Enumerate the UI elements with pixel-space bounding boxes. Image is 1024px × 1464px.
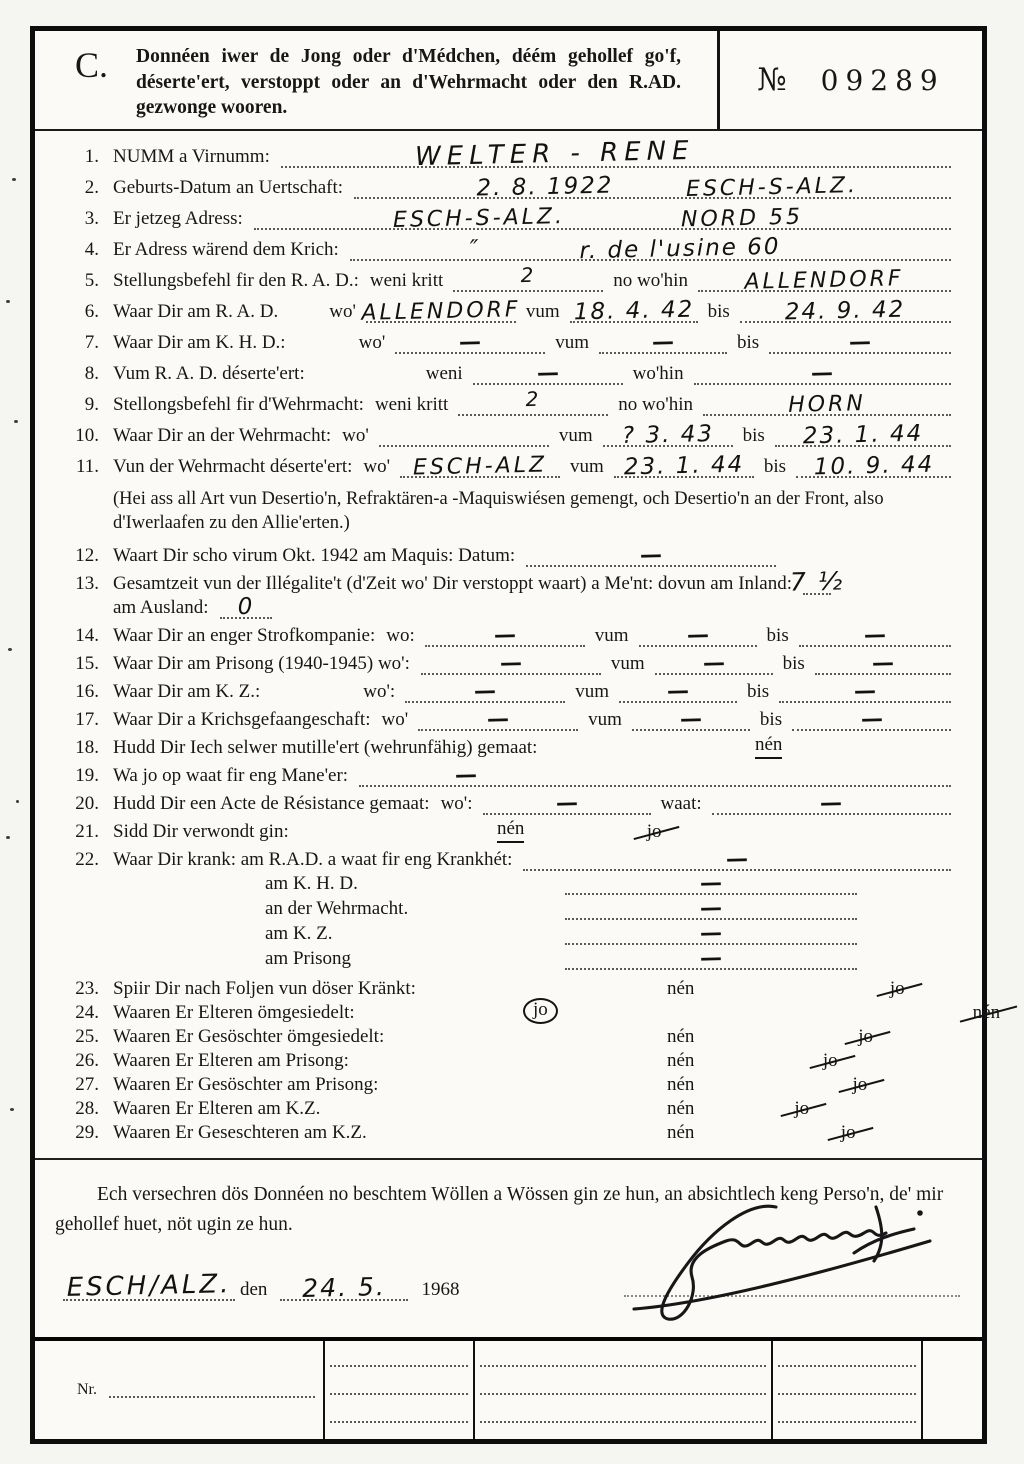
sub-label: am K. Z. [265, 923, 565, 945]
field-label-vum: vum [554, 425, 598, 447]
handwritten-date-to: 10. 9. 44 [813, 452, 934, 481]
dotted-line: — [639, 629, 757, 647]
dotted-line [330, 1365, 468, 1367]
form-row-13: 13. Gesamtzeit vun der Illégalite't (d'Z… [55, 573, 956, 595]
field-label-vum: vum [583, 709, 627, 731]
sub-label: am K. H. D. [265, 873, 565, 895]
sub-label: am Prisong [265, 948, 565, 970]
item-label: Hudd Dir Iech selwer mutille'ert (wehrun… [113, 737, 543, 759]
field-label-bis: bis [738, 425, 770, 447]
scan-speckle [10, 1108, 14, 1111]
handwritten-war-address: r. de l'usine 60 [580, 234, 782, 265]
form-row-8: 8. Vum R. A. D. déserte'ert: weni — wo'h… [55, 363, 956, 385]
item-label: Waar Dir an der Wehrmacht: [113, 425, 337, 447]
jo-option-crossed: jo [852, 1074, 867, 1096]
jo-option-crossed: jo [858, 1026, 873, 1048]
dotted-line [480, 1393, 766, 1395]
handwritten-dash: — [872, 651, 895, 676]
item-label: Waar Dir am K. H. D.: [113, 332, 292, 354]
handwritten-dash: — [640, 543, 663, 568]
form-row-16: 16. Waar Dir am K. Z.: wo': — vum — bis … [55, 681, 956, 703]
handwritten-months-inland: 7 ½ [790, 567, 845, 597]
handwritten-count: 2 [526, 387, 541, 411]
field-label-vum: vum [590, 625, 634, 647]
dotted-line: 2 [458, 398, 608, 416]
dotted-line: — [483, 797, 651, 815]
form-header: C. Donnéen iwer de Jong oder d'Médchen, … [35, 31, 982, 131]
footer-cell-5 [921, 1341, 982, 1439]
handwritten-dash: — [700, 946, 723, 971]
form-row-1: 1. NUMM a Virnumm: WELTER - RENE [55, 146, 956, 168]
form-row-9: 9. Stellongsbefehl fir d'Wehrmacht: weni… [55, 394, 956, 416]
jo-option-crossed: jo [841, 1122, 856, 1144]
item-label: Waar Dir am Prisong (1940-1945) wo': [113, 653, 416, 675]
handwritten-date: 24. 5. [302, 1272, 386, 1303]
form-row-27: 27. Waaren Er Gesöschter am Prisong: jo … [55, 1074, 956, 1096]
dotted-line: — [815, 657, 951, 675]
dotted-line [330, 1393, 468, 1395]
item-label: Waaren Er Gesöschter ömgesiedelt: [113, 1026, 390, 1048]
field-label-wo: wo' [358, 456, 395, 478]
handwritten-dash: — [849, 330, 872, 355]
item-label: Sidd Dir verwondt gin: [113, 821, 295, 843]
handwritten-dash: — [493, 623, 516, 648]
field-label-vum: vum [606, 653, 650, 675]
form-row-2: 2. Geburts-Datum an Uertschaft: 2. 8. 19… [55, 177, 956, 199]
dotted-line: — [565, 878, 857, 895]
handwritten-dash: — [864, 623, 887, 648]
dotted-line: 0 [220, 601, 272, 619]
form-row-11: 11. Vun der Wehrmacht déserte'ert: wo' E… [55, 456, 956, 478]
item-number: 17. [55, 709, 113, 731]
item-label: Waar Dir krank: am R.A.D. a waat fir eng… [113, 849, 518, 871]
item-label: Vum R. A. D. déserte'ert: [113, 363, 311, 385]
dotted-line: — [632, 713, 750, 731]
handwritten-date-to: 23. 1. 44 [802, 421, 923, 450]
handwritten-dash: — [686, 623, 709, 648]
place-dotted-line: ESCH/ALZ. [63, 1283, 235, 1301]
item-number: 4. [55, 239, 113, 261]
dotted-line: 24. 9. 42 [740, 305, 951, 323]
numero-sign: № [757, 62, 786, 98]
dotted-line: — [395, 336, 545, 354]
dotted-line [109, 1382, 315, 1398]
item-label: Stellungsbefehl fir den R. A. D.: [113, 270, 365, 292]
form-row-12: 12. Waart Dir scho virum Okt. 1942 am Ma… [55, 545, 956, 567]
scan-speckle [14, 420, 18, 423]
jo-option-circled: jo [523, 998, 558, 1024]
dotted-line: — [473, 367, 623, 385]
signature-block [624, 1191, 960, 1327]
serial-number-box: № 09289 [717, 31, 982, 129]
den-label: den [235, 1279, 272, 1301]
item-number: 28. [55, 1098, 113, 1120]
field-label-wo: wo': [358, 681, 400, 703]
form-row-22-sub-kz: am K. Z. — [265, 923, 956, 945]
handwritten-dash: — [700, 871, 723, 896]
item-label: Er Adress wärend dem Krich: [113, 239, 345, 261]
handwritten-dash: — [652, 330, 675, 355]
item-label: Wa jo op waat fir eng Mane'er: [113, 765, 354, 787]
item-number: 23. [55, 978, 113, 1000]
dotted-line: 2 [453, 274, 603, 292]
item-label: Stellongsbefehl fir d'Wehrmacht: [113, 394, 370, 416]
jo-option-crossed: jo [890, 978, 905, 1000]
item-number: 21. [55, 821, 113, 843]
footer-cell-4 [771, 1341, 921, 1439]
handwritten-birthplace: ESCH-S-ALZ. [686, 173, 859, 202]
dotted-line: ESCH-ALZ [400, 460, 560, 478]
scan-speckle [6, 836, 10, 839]
jo-option-crossed: jo [823, 1050, 838, 1072]
handwritten-dash: — [454, 763, 477, 788]
form-row-15: 15. Waar Dir am Prisong (1940-1945) wo':… [55, 653, 956, 675]
form-row-19: 19. Wa jo op waat fir eng Mane'er: — [55, 765, 956, 787]
dotted-line [778, 1393, 916, 1395]
dotted-line: — [421, 657, 601, 675]
item-label: NUMM a Virnumm: [113, 146, 276, 168]
item-label: Vun der Wehrmacht déserte'ert: [113, 456, 358, 478]
handwritten-dash: — [820, 791, 843, 816]
header-description: Donnéen iwer de Jong oder d'Médchen, déé… [136, 44, 681, 121]
handwritten-dash: — [860, 707, 883, 732]
field-label-wo: wo' [324, 301, 361, 323]
item-label: Waar Dir a Krichsgefaangeschaft: [113, 709, 376, 731]
dotted-line: — [565, 953, 857, 970]
dotted-line: — [425, 629, 585, 647]
dotted-line: 7 ½ [803, 577, 831, 595]
handwritten-dash: — [536, 361, 559, 386]
item-number: 10. [55, 425, 113, 447]
item-number: 13. [55, 573, 113, 595]
year-label: 1968 [416, 1279, 464, 1301]
form-row-29: 29. Waaren Er Geseschteren am K.Z. jo né… [55, 1122, 956, 1144]
form-items: 1. NUMM a Virnumm: WELTER - RENE 2. Gebu… [35, 131, 982, 1144]
scan-speckle [12, 178, 16, 181]
item-number: 5. [55, 270, 113, 292]
jo-option-crossed: jo [794, 1098, 809, 1120]
handwritten-dash: — [459, 330, 482, 355]
field-label-wohin: wo'hin [628, 363, 689, 385]
handwritten-dash: — [811, 361, 834, 386]
nr-label: Nr. [77, 1381, 97, 1399]
item-number: 24. [55, 1002, 113, 1024]
item-label-ausland: am Ausland: [113, 597, 215, 619]
nen-option: nén [667, 1122, 694, 1144]
footer-table: Nr. [35, 1337, 982, 1439]
field-label-bis: bis [762, 625, 794, 647]
dotted-line: ? 3. 43 [603, 429, 733, 447]
item-number: 14. [55, 625, 113, 647]
item-number: 9. [55, 394, 113, 416]
footer-cell-nr: Nr. [35, 1341, 323, 1439]
item-label: Spiir Dir nach Foljen vun döser Kränkt: [113, 978, 422, 1000]
item-number: 20. [55, 793, 113, 815]
form-row-14: 14. Waar Dir an enger Strofkompanie: wo:… [55, 625, 956, 647]
form-row-3: 3. Er jetzeg Adress: ESCH-S-ALZ. NORD 55 [55, 208, 956, 230]
form-row-7: 7. Waar Dir am K. H. D.: wo' — vum — bis… [55, 332, 956, 354]
form-row-25: 25. Waaren Er Gesöschter ömgesiedelt: jo… [55, 1026, 956, 1048]
jo-option-crossed: jo [647, 821, 662, 843]
field-label-weni-kritt: weni kritt [365, 270, 448, 292]
form-row-13b: am Ausland: 0 [55, 597, 956, 619]
form-row-21: 21. Sidd Dir verwondt gin: jo nén [55, 821, 956, 843]
nen-option: nén [667, 1074, 694, 1096]
handwritten-count: 2 [521, 263, 536, 287]
form-row-22-sub-wehrmacht: an der Wehrmacht. — [265, 898, 956, 920]
dotted-line: — [694, 367, 951, 385]
form-row-17: 17. Waar Dir a Krichsgefaangeschaft: wo'… [55, 709, 956, 731]
dotted-line: — [712, 797, 951, 815]
dotted-line [480, 1365, 766, 1367]
handwritten-date-from: ? 3. 43 [621, 421, 714, 449]
item-label: Hudd Dir een Acte de Résistance gemaat: [113, 793, 436, 815]
nen-option: nén [667, 1098, 694, 1120]
dotted-line: 10. 9. 44 [796, 460, 951, 478]
field-label-waat: waat: [656, 793, 707, 815]
dotted-line: — [779, 685, 951, 703]
dotted-line: — [418, 713, 578, 731]
form-row-24: 24. Waaren Er Elteren ömgesiedelt: jo né… [55, 1002, 956, 1024]
handwritten-dash: — [700, 921, 723, 946]
dotted-line: — [565, 903, 857, 920]
item-label: Waaren Er Geseschteren am K.Z. [113, 1122, 373, 1144]
form-row-20: 20. Hudd Dir een Acte de Résistance gema… [55, 793, 956, 815]
footer-cell-3 [473, 1341, 771, 1439]
handwritten-dash: — [680, 707, 703, 732]
nen-option-underlined: nén [497, 818, 524, 843]
field-label-bis: bis [755, 709, 787, 731]
dotted-line [778, 1365, 916, 1367]
dotted-line: — [799, 629, 951, 647]
field-label-bis: bis [703, 301, 735, 323]
field-label-wo: wo' [337, 425, 374, 447]
dotted-line: ALLENDORF [698, 274, 951, 292]
dotted-line: — [526, 549, 776, 567]
handwritten-dash: — [700, 896, 723, 921]
field-label-wo: wo' [354, 332, 391, 354]
item-label: Waar Dir an enger Strofkompanie: [113, 625, 381, 647]
item-number: 1. [55, 146, 113, 168]
dotted-line: WELTER - RENE [281, 150, 951, 168]
item-label: Waart Dir scho virum Okt. 1942 am Maquis… [113, 545, 521, 567]
handwritten-months-ausland: 0 [237, 594, 254, 620]
item-number: 11. [55, 456, 113, 478]
dotted-line [778, 1421, 916, 1423]
handwritten-date-from: 23. 1. 44 [623, 452, 744, 481]
dotted-line: 23. 1. 44 [614, 460, 754, 478]
handwritten-address-2: NORD 55 [681, 205, 804, 233]
section-letter: C. [75, 44, 108, 121]
handwritten-address: ESCH-S-ALZ. [393, 204, 566, 233]
dotted-line: HORN [703, 398, 951, 416]
handwritten-dash: — [667, 679, 690, 704]
form-border-frame: C. Donnéen iwer de Jong oder d'Médchen, … [30, 26, 987, 1444]
scan-speckle [6, 300, 10, 303]
sub-label: an der Wehrmacht. [265, 898, 565, 920]
form-row-26: 26. Waaren Er Elteren am Prisong: jo nén [55, 1050, 956, 1072]
item-label: Waar Dir am R. A. D. [113, 301, 284, 323]
form-row-22: 22. Waar Dir krank: am R.A.D. a waat fir… [55, 849, 956, 871]
dotted-line [379, 429, 549, 447]
item-label: Waaren Er Gesöschter am Prisong: [113, 1074, 384, 1096]
field-label-weni-kritt: weni kritt [370, 394, 453, 416]
form-row-22-sub-prisong: am Prisong — [265, 948, 956, 970]
item-number: 7. [55, 332, 113, 354]
dotted-line: ESCH-S-ALZ. NORD 55 [254, 212, 951, 230]
nen-option: nén [667, 1026, 694, 1048]
nen-option: nén [667, 1050, 694, 1072]
field-label-wo: wo: [381, 625, 420, 647]
dotted-line: 2. 8. 1922 ESCH-S-ALZ. [354, 181, 951, 199]
form-row-4: 4. Er Adress wärend dem Krich: ″ r. de l… [55, 239, 956, 261]
date-dotted-line: 24. 5. [280, 1283, 408, 1301]
nen-option-underlined: nén [755, 734, 782, 759]
handwritten-place: ESCH/ALZ. [66, 1269, 231, 1303]
dotted-line: 18. 4. 42 [570, 305, 698, 323]
item-number: 8. [55, 363, 113, 385]
item-label: Er jetzeg Adress: [113, 208, 249, 230]
field-label-bis: bis [778, 653, 810, 675]
dotted-line [480, 1421, 766, 1423]
form-row-23: 23. Spiir Dir nach Foljen vun döser Krän… [55, 978, 956, 1000]
scan-speckle [8, 648, 12, 651]
handwritten-dash: — [474, 679, 497, 704]
item-number: 3. [55, 208, 113, 230]
handwritten-dash: — [854, 679, 877, 704]
field-label-no-wohin: no wo'hin [613, 394, 698, 416]
handwritten-date-from: 18. 4. 42 [573, 297, 694, 326]
handwritten-destination: HORN [788, 391, 866, 418]
form-row-18: 18. Hudd Dir Iech selwer mutille'ert (we… [55, 737, 956, 759]
nen-option-crossed: nén [973, 1002, 1000, 1024]
dotted-line: — [523, 853, 951, 871]
item-number: 16. [55, 681, 113, 703]
item-label: Geburts-Datum an Uertschaft: [113, 177, 349, 199]
item-number: 12. [55, 545, 113, 567]
form-row-6: 6. Waar Dir am R. A. D. wo' ALLENDORF vu… [55, 301, 956, 323]
handwritten-dash: — [702, 651, 725, 676]
field-label-vum: vum [565, 456, 609, 478]
header-left: C. Donnéen iwer de Jong oder d'Médchen, … [35, 31, 717, 129]
form-row-28: 28. Waaren Er Elteren am K.Z. jo nén [55, 1098, 956, 1120]
item-number: 22. [55, 849, 113, 871]
handwritten-place: ESCH-ALZ [413, 453, 548, 481]
handwritten-name: WELTER - RENE [415, 136, 695, 172]
dotted-line: — [359, 769, 951, 787]
item-label: Waar Dir am K. Z.: [113, 681, 266, 703]
handwritten-ditto-mark: ″ [470, 236, 481, 262]
field-label-wo: wo': [436, 793, 478, 815]
handwritten-birthdate: 2. 8. 1922 [476, 173, 614, 202]
footer-cell-2 [323, 1341, 473, 1439]
handwritten-dash: — [555, 791, 578, 816]
handwritten-dash: — [726, 847, 749, 872]
field-label-vum: vum [570, 681, 614, 703]
field-label-weni: weni [421, 363, 468, 385]
item-number: 2. [55, 177, 113, 199]
dotted-line: — [655, 657, 773, 675]
item-number: 15. [55, 653, 113, 675]
item-number: 27. [55, 1074, 113, 1096]
form-row-10: 10. Waar Dir an der Wehrmacht: wo' vum ?… [55, 425, 956, 447]
field-label-bis: bis [732, 332, 764, 354]
dotted-line: — [565, 928, 857, 945]
serial-number-value: 09289 [821, 64, 945, 97]
dotted-line: ALLENDORF [366, 305, 516, 323]
item-number: 29. [55, 1122, 113, 1144]
item-number: 18. [55, 737, 113, 759]
dotted-line: — [792, 713, 951, 731]
dotted-line: — [405, 685, 565, 703]
form-row-22-sub-khd: am K. H. D. — [265, 873, 956, 895]
form-row-5: 5. Stellungsbefehl fir den R. A. D.: wen… [55, 270, 956, 292]
dotted-line: — [769, 336, 951, 354]
field-label-vum: vum [550, 332, 594, 354]
item-number: 6. [55, 301, 113, 323]
scan-speckle [16, 800, 19, 803]
handwritten-date-to: 24. 9. 42 [785, 297, 906, 326]
handwritten-dash: — [500, 651, 523, 676]
dotted-line: ″ r. de l'usine 60 [350, 243, 951, 261]
dotted-line: — [619, 685, 737, 703]
item-label: Waaren Er Elteren ömgesiedelt: [113, 1002, 361, 1024]
item-number: 26. [55, 1050, 113, 1072]
field-label-no-wohin: no wo'hin [608, 270, 693, 292]
field-label-bis: bis [742, 681, 774, 703]
item-number: 19. [55, 765, 113, 787]
handwritten-destination: ALLENDORF [745, 266, 905, 295]
handwritten-place: ALLENDORF [361, 297, 521, 326]
item-11-note: (Hei ass all Art vun Desertio'n, Refrakt… [113, 487, 956, 535]
field-label-bis: bis [759, 456, 791, 478]
nen-option: nén [667, 978, 694, 1000]
handwritten-dash: — [487, 707, 510, 732]
dotted-line: 23. 1. 44 [775, 429, 951, 447]
field-label-wo: wo' [376, 709, 413, 731]
item-number: 25. [55, 1026, 113, 1048]
field-label-vum: vum [521, 301, 565, 323]
dotted-line: — [599, 336, 727, 354]
item-label: Gesamtzeit vun der Illégalite't (d'Zeit … [113, 573, 798, 595]
signature [624, 1191, 960, 1327]
dotted-line [330, 1421, 468, 1423]
item-label: Waaren Er Elteren am K.Z. [113, 1098, 326, 1120]
item-label: Waaren Er Elteren am Prisong: [113, 1050, 355, 1072]
